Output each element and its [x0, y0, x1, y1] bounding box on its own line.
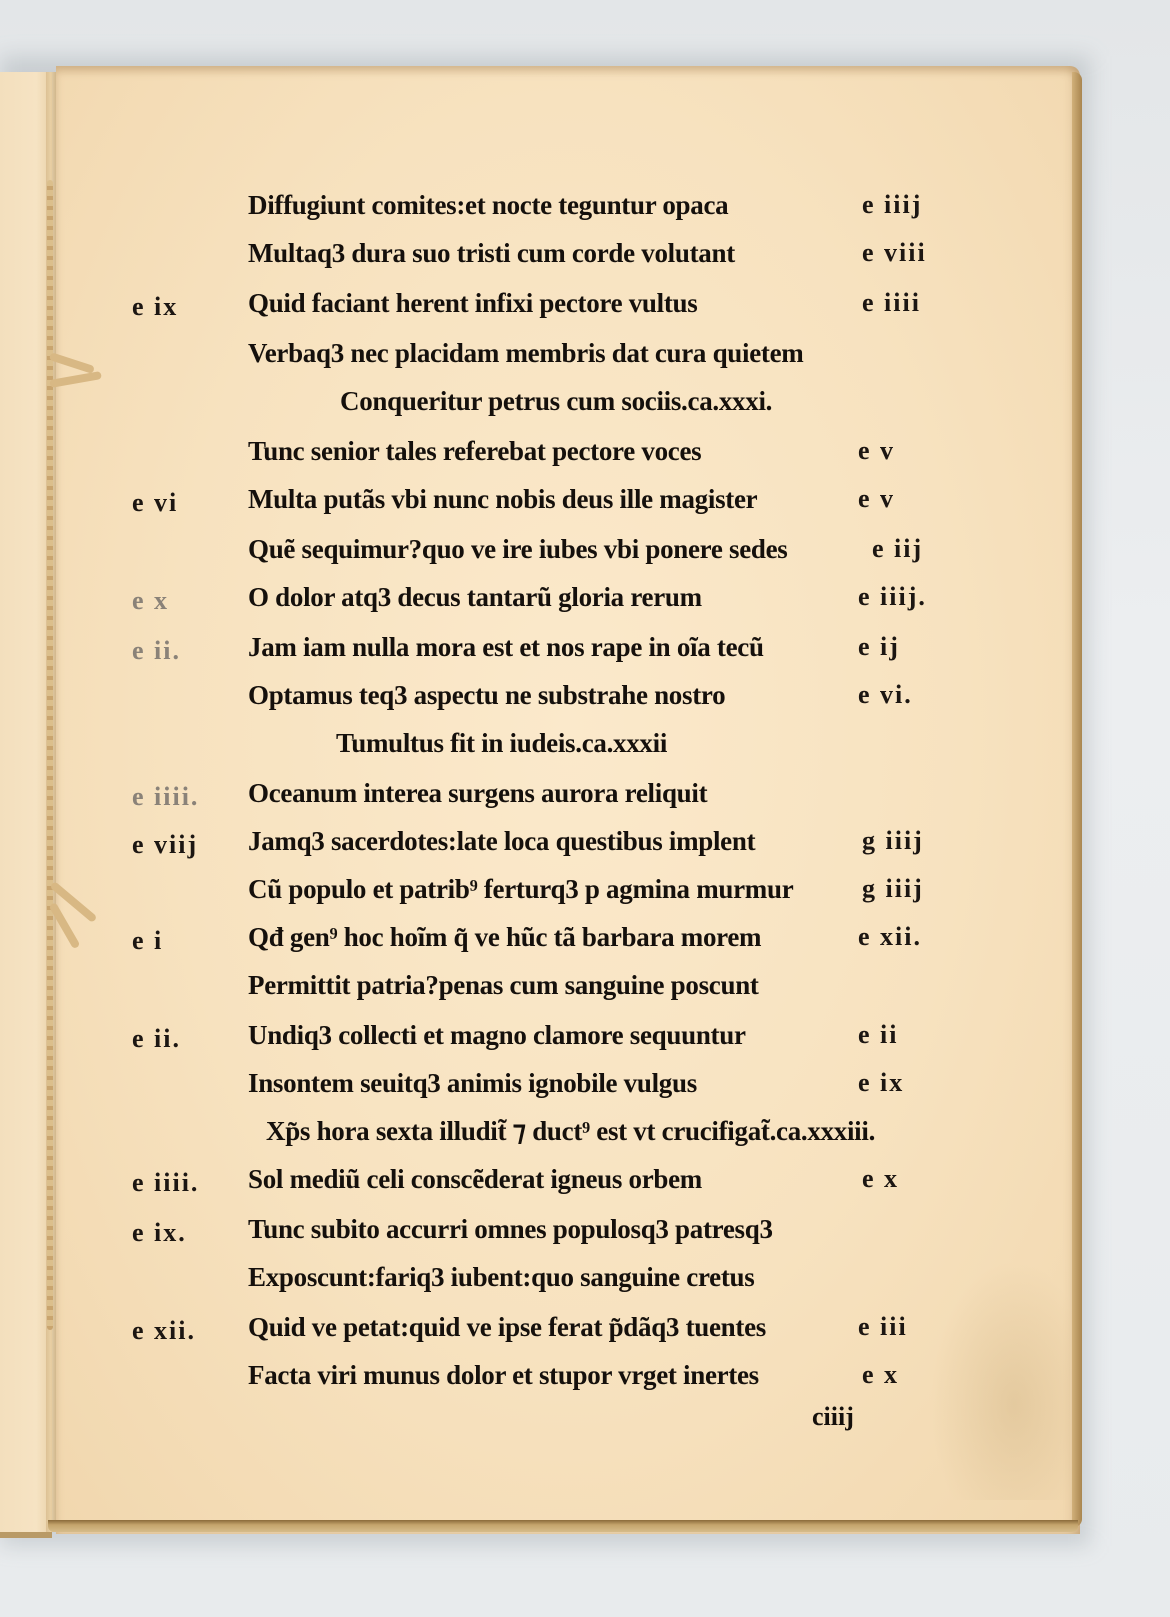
verse-text: Qđ gen⁹ hoc hoĩm q̃ ve hũc tã barbara mo… [248, 922, 761, 953]
verse-row: e xii.Quid ve petat:quid ve ipse ferat p… [0, 1312, 1170, 1352]
verse-row: e iiii.Sol mediũ celi conscẽderat igneus… [0, 1164, 1170, 1204]
verse-text: Tunc subito accurri omnes populosq3 patr… [248, 1214, 773, 1245]
chapter-heading: Tumultus fit in iudeis.ca.xxxii [336, 728, 667, 759]
right-margin-reference: e v [858, 436, 948, 466]
left-margin-reference: e i [132, 926, 222, 956]
verse-row: e viMulta putãs vbi nunc nobis deus ille… [0, 484, 1170, 524]
left-margin-reference: e ix [132, 292, 222, 322]
left-margin-reference: e ii. [132, 636, 222, 666]
left-margin-reference: e x [132, 586, 222, 616]
right-margin-reference: e viii [862, 238, 952, 268]
chapter-heading-row: Conqueritur petrus cum sociis.ca.xxxi. [0, 386, 1170, 426]
signature-mark: ciiij [812, 1402, 854, 1432]
verse-row: e iiii.Oceanum interea surgens aurora re… [0, 778, 1170, 818]
verse-text: Insontem seuitq3 animis ignobile vulgus [248, 1068, 697, 1099]
verse-row: e ixQuid faciant herent infixi pectore v… [0, 288, 1170, 328]
right-margin-reference: e iii [858, 1312, 948, 1342]
verse-text: Oceanum interea surgens aurora reliquit [248, 778, 707, 809]
verse-row: Insontem seuitq3 animis ignobile vulguse… [0, 1068, 1170, 1108]
right-margin-reference: e iij [872, 534, 962, 564]
verse-row: Multaq3 dura suo tristi cum corde voluta… [0, 238, 1170, 278]
verse-text: Cũ populo et patrib⁹ ferturq3 p agmina m… [248, 874, 793, 905]
right-margin-reference: e x [862, 1164, 952, 1194]
left-margin-reference: e iiii. [132, 1168, 222, 1198]
verse-text: Quid ve petat:quid ve ipse ferat p̃dãq3 … [248, 1312, 766, 1343]
verse-text: Optamus teq3 aspectu ne substrahe nostro [248, 680, 725, 711]
verse-text: Facta viri munus dolor et stupor vrget i… [248, 1360, 759, 1391]
right-margin-reference: e iiij [862, 190, 952, 220]
chapter-heading-row: Tumultus fit in iudeis.ca.xxxii [0, 728, 1170, 768]
left-margin-reference: e viij [132, 830, 222, 860]
verse-row: Cũ populo et patrib⁹ ferturq3 p agmina m… [0, 874, 1170, 914]
right-margin-reference: g iiij [862, 874, 952, 904]
verse-row: Quẽ sequimur?quo ve ire iubes vbi ponere… [0, 534, 1170, 574]
chapter-heading-row: Xp̃s hora sexta illudit̃ ⁊ duct⁹ est vt … [0, 1116, 1170, 1156]
verse-text: Jamq3 sacerdotes:late loca questibus imp… [248, 826, 755, 857]
right-margin-reference: e ij [858, 632, 948, 662]
verse-row: e ix.Tunc subito accurri omnes populosq3… [0, 1214, 1170, 1254]
verse-row: e ii.Jam iam nulla mora est et nos rape … [0, 632, 1170, 672]
chapter-heading: Conqueritur petrus cum sociis.ca.xxxi. [340, 386, 772, 417]
verse-text: Multaq3 dura suo tristi cum corde voluta… [248, 238, 735, 269]
verse-text: O dolor atq3 decus tantarũ gloria rerum [248, 582, 702, 613]
verse-row: Exposcunt:fariq3 iubent:quo sanguine cre… [0, 1262, 1170, 1302]
chapter-heading: Xp̃s hora sexta illudit̃ ⁊ duct⁹ est vt … [266, 1116, 875, 1147]
left-margin-reference: e xii. [132, 1316, 222, 1346]
right-margin-reference: g iiij [862, 826, 952, 856]
verse-text: Jam iam nulla mora est et nos rape in oĩ… [248, 632, 764, 663]
right-margin-reference: e iiii [862, 288, 952, 318]
verse-row: e xO dolor atq3 decus tantarũ gloria rer… [0, 582, 1170, 622]
verse-text: Undiq3 collecti et magno clamore sequunt… [248, 1020, 746, 1051]
verse-row: Verbaq3 nec placidam membris dat cura qu… [0, 338, 1170, 378]
verse-row: Facta viri munus dolor et stupor vrget i… [0, 1360, 1170, 1400]
verse-text: Diffugiunt comites:et nocte teguntur opa… [248, 190, 728, 221]
verse-text: Quẽ sequimur?quo ve ire iubes vbi ponere… [248, 534, 788, 565]
left-margin-reference: e iiii. [132, 782, 222, 812]
verse-text: Exposcunt:fariq3 iubent:quo sanguine cre… [248, 1262, 754, 1293]
right-margin-reference: e ix [858, 1068, 948, 1098]
right-margin-reference: e iiij. [858, 582, 948, 612]
verse-row: e ii.Undiq3 collecti et magno clamore se… [0, 1020, 1170, 1060]
verse-text: Permittit patria?penas cum sanguine posc… [248, 970, 759, 1001]
verse-row: Permittit patria?penas cum sanguine posc… [0, 970, 1170, 1010]
verse-text: Multa putãs vbi nunc nobis deus ille mag… [248, 484, 757, 515]
verse-row: Optamus teq3 aspectu ne substrahe nostro… [0, 680, 1170, 720]
verse-row: e viijJamq3 sacerdotes:late loca questib… [0, 826, 1170, 866]
verse-row: Tunc senior tales referebat pectore voce… [0, 436, 1170, 476]
verse-text: Quid faciant herent infixi pectore vultu… [248, 288, 697, 319]
left-margin-reference: e ii. [132, 1024, 222, 1054]
text-block: Diffugiunt comites:et nocte teguntur opa… [0, 0, 1170, 1617]
verse-text: Verbaq3 nec placidam membris dat cura qu… [248, 338, 803, 369]
verse-text: Sol mediũ celi conscẽderat igneus orbem [248, 1164, 702, 1195]
right-margin-reference: e x [862, 1360, 952, 1390]
right-margin-reference: e xii. [858, 922, 948, 952]
verse-row: Diffugiunt comites:et nocte teguntur opa… [0, 190, 1170, 230]
verse-text: Tunc senior tales referebat pectore voce… [248, 436, 701, 467]
right-margin-reference: e v [858, 484, 948, 514]
right-margin-reference: e vi. [858, 680, 948, 710]
left-margin-reference: e ix. [132, 1218, 222, 1248]
left-margin-reference: e vi [132, 488, 222, 518]
right-margin-reference: e ii [858, 1020, 948, 1050]
verse-row: e iQđ gen⁹ hoc hoĩm q̃ ve hũc tã barbara… [0, 922, 1170, 962]
